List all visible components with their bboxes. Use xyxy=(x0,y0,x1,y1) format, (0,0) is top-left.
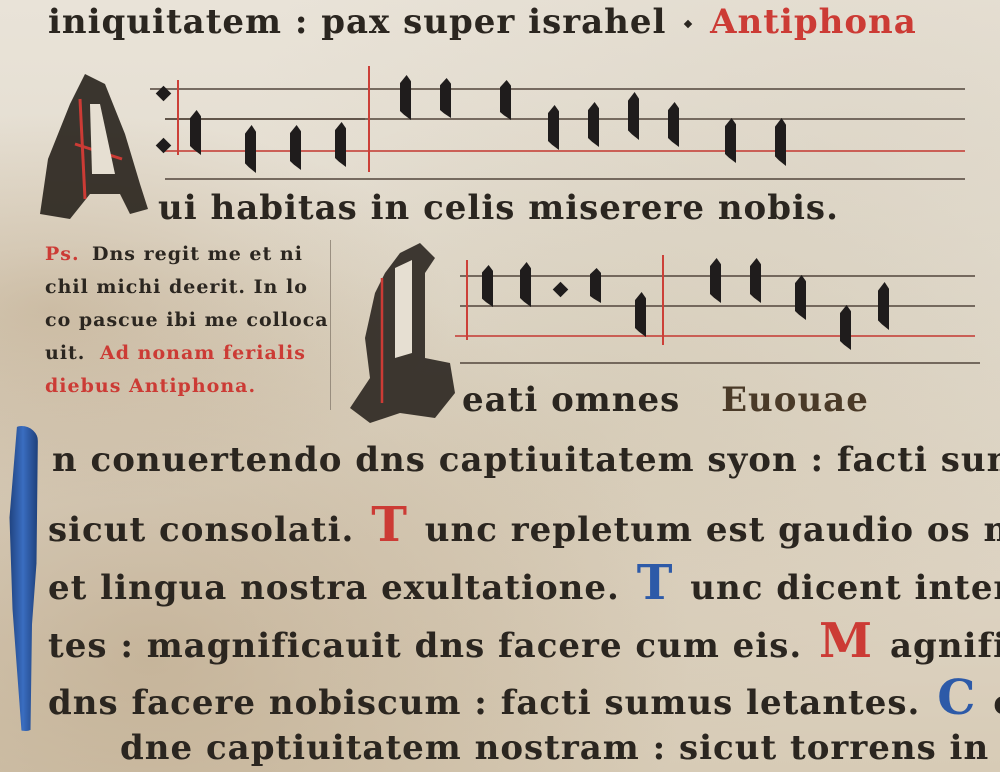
body-line-5: dns facere nobiscum : facti sumus letant… xyxy=(48,670,1000,726)
body-line-2: sicut consolati. T unc repletum est gaud… xyxy=(48,497,1000,553)
body-line-text: unc dicent inter gen xyxy=(690,568,1000,608)
body-line-text: n conuertendo dns captiuitatem syon : fa… xyxy=(52,440,1000,480)
chant-text-2-content: eati omnes xyxy=(462,380,680,420)
body-line-text: dne captiuitatem nostram : sicut torrens… xyxy=(120,728,1000,768)
chant-text-1: ui habitas in celis miserere nobis. xyxy=(158,188,839,228)
decorated-initial-q-icon xyxy=(30,64,150,229)
red-initial-t: T xyxy=(371,497,408,553)
body-line-text: dns facere nobiscum : facti sumus letant… xyxy=(48,683,920,723)
red-initial-m: M xyxy=(819,613,873,669)
body-line-text: unc repletum est gaudio os nostrum : xyxy=(425,510,1000,550)
rubric-ad-nonam: Ad nonam ferialis xyxy=(100,342,306,364)
blue-initial-t: T xyxy=(637,555,674,611)
body-line-1: n conuertendo dns captiuitatem syon : fa… xyxy=(52,440,1000,480)
punctuation-dot xyxy=(684,20,692,28)
decorated-initial-b-icon xyxy=(340,238,460,428)
text-line-1: iniquitatem : pax super israhel Antiphon… xyxy=(48,2,917,42)
psalm-mark: Ps. xyxy=(45,243,80,265)
psalm-cue-line: chil michi deerit. In lo xyxy=(45,276,308,298)
psalm-cue-line: Dns regit me et ni xyxy=(92,243,303,265)
body-line-text: sicut consolati. xyxy=(48,510,354,550)
body-line-6: dne captiuitatem nostram : sicut torrens… xyxy=(120,728,1000,768)
body-line-3: et lingua nostra exultatione. T unc dice… xyxy=(48,555,1000,611)
euouae-text: Euouae xyxy=(721,380,869,420)
chant-text-1-content: ui habitas in celis miserere nobis. xyxy=(158,188,839,228)
line1-text: iniquitatem : pax super israhel xyxy=(48,2,666,42)
chant-text-2: eati omnes Euouae xyxy=(462,380,869,420)
rubric-antiphona: Antiphona xyxy=(710,2,917,42)
body-line-text: onuerte xyxy=(993,683,1000,723)
body-line-text: agnificauit xyxy=(890,626,1000,666)
rubric-diebus-antiphona: diebus Antiphona. xyxy=(45,375,256,397)
psalm-cue-line: uit. xyxy=(45,342,85,364)
blue-initial-c: C xyxy=(937,670,976,726)
body-line-4: tes : magnificauit dns facere cum eis. M… xyxy=(48,613,1000,669)
body-line-text: tes : magnificauit dns facere cum eis. xyxy=(48,626,802,666)
body-line-text: et lingua nostra exultatione. xyxy=(48,568,620,608)
psalm-cue-line: co pascue ibi me colloca xyxy=(45,309,329,331)
